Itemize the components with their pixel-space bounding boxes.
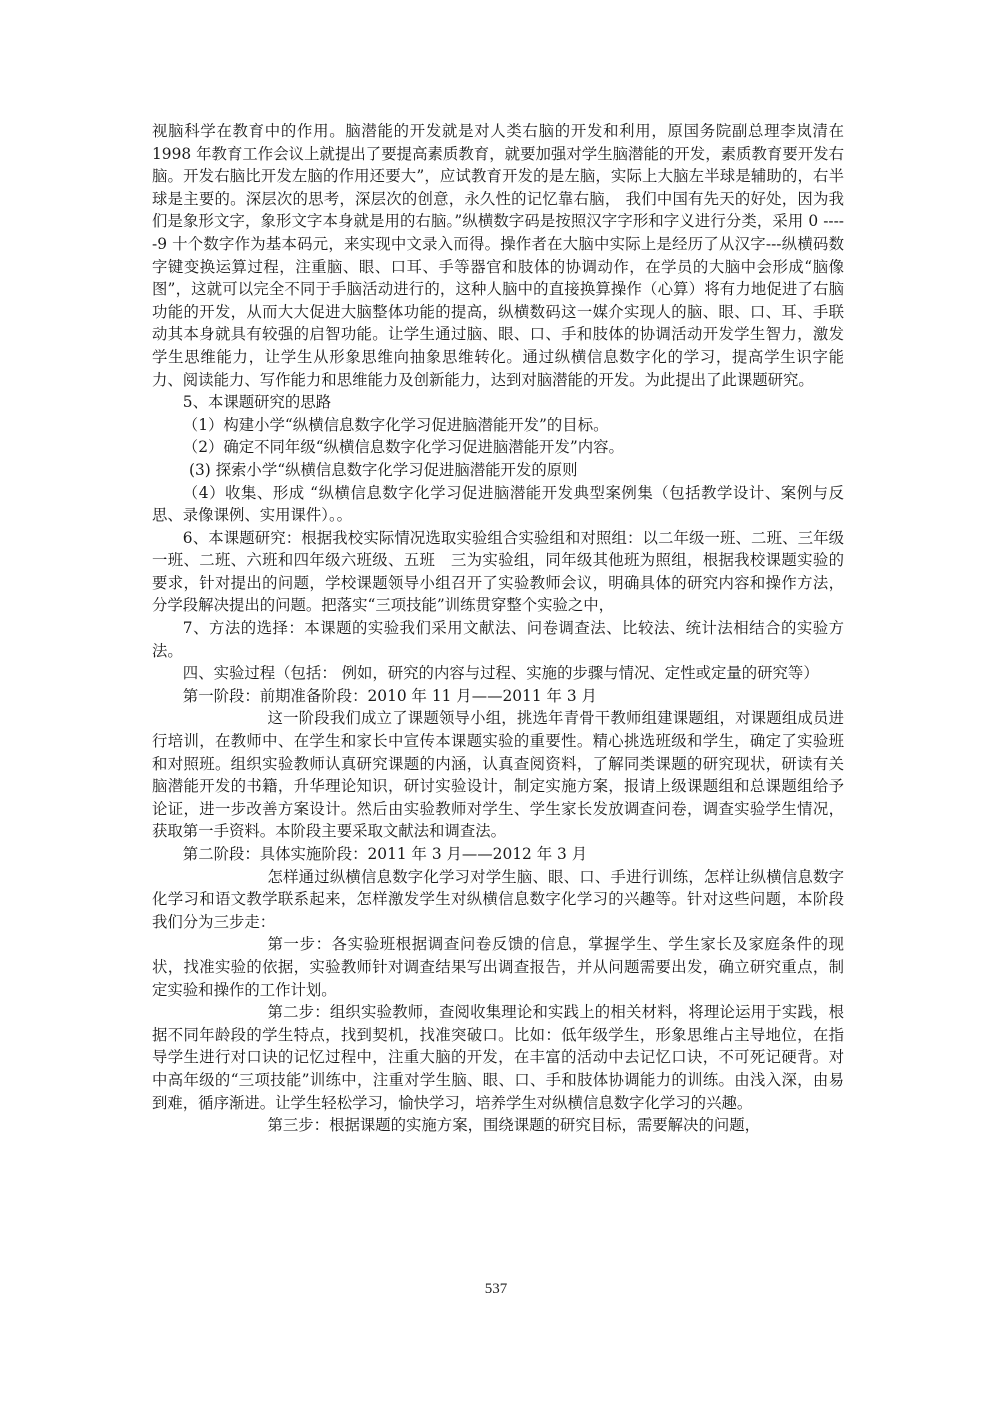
paragraph-phase-one: 这一阶段我们成立了课题领导小组，挑选年青骨干教师组建课题组，对课题组成员进行培训… [152, 707, 844, 843]
heading-phase-one: 第一阶段：前期准备阶段：2010 年 11 月——2011 年 3 月 [152, 685, 844, 708]
page-number: 537 [0, 1281, 992, 1298]
paragraph-step-one: 第一步：各实验班根据调查问卷反馈的信息，掌握学生、学生家长及家庭条件的现状，找准… [152, 933, 844, 1001]
heading-phase-two: 第二阶段：具体实施阶段：2011 年 3 月——2012 年 3 月 [152, 843, 844, 866]
heading-experiment-process: 四、实验过程（包括： 例如，研究的内容与过程、实施的步骤与情况、定性或定量的研究… [152, 662, 844, 685]
paragraph-method-selection: 7、方法的选择：本课题的实验我们采用文献法、问卷调查法、比较法、统计法相结合的实… [152, 617, 844, 662]
list-item-4: （4）收集、形成 “纵横信息数字化学习促进脑潜能开发典型案例集（包括教学设计、案… [152, 482, 844, 527]
document-page-body: 视脑科学在教育中的作用。脑潜能的开发就是对人类右脑的开发和利用，原国务院副总理李… [152, 120, 844, 1137]
list-item-2: （2）确定不同年级“纵横信息数字化学习促进脑潜能开发”内容。 [152, 436, 844, 459]
paragraph-research-groups: 6、本课题研究：根据我校实际情况选取实验组合实验组和对照组：以二年级一班、二班、… [152, 527, 844, 617]
paragraph-step-two: 第二步：组织实验教师，查阅收集理论和实践上的相关材料，将理论运用于实践，根据不同… [152, 1001, 844, 1114]
paragraph-step-three: 第三步：根据课题的实施方案，围绕课题的研究目标，需要解决的问题， [152, 1114, 844, 1137]
list-item-1: （1）构建小学“纵横信息数字化学习促进脑潜能开发”的目标。 [152, 414, 844, 437]
list-item-3: (3) 探索小学“纵横信息数字化学习促进脑潜能开发的原则 [152, 459, 844, 482]
paragraph-brain-development: 视脑科学在教育中的作用。脑潜能的开发就是对人类右脑的开发和利用，原国务院副总理李… [152, 120, 844, 391]
heading-research-ideas: 5、本课题研究的思路 [152, 391, 844, 414]
paragraph-phase-two-intro: 怎样通过纵横信息数字化学习对学生脑、眼、口、手进行训练，怎样让纵横信息数字化学习… [152, 866, 844, 934]
